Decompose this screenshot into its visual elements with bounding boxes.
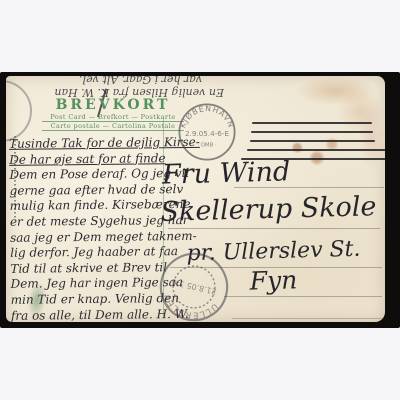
svg-text:KJØBENHAVN: KJØBENHAVN (178, 104, 236, 129)
note-line: var her i Gaar. Alt vel. (14, 76, 224, 86)
printed-header: BREVKORT Post Card — Brefkort — Postkart… (34, 98, 192, 131)
postcard-photo: En venlig Hilsen fra K. W. Han var her i… (0, 72, 400, 328)
postmark-copenhagen: KJØBENHAVN 2.9.05.4-6-E · OMB · (177, 102, 237, 162)
message-line: min Tid er knap. Venlig den (11, 291, 169, 308)
message-line: Tid til at skrive et Brev til (10, 260, 168, 277)
message-line: mulig kan finde. Kirsebærene (10, 198, 168, 215)
message-line: saa jeg er Dem meget taknem- (10, 229, 168, 246)
cancellation-bar (247, 149, 385, 151)
message-line: fra os alle, til Dem alle. H. W. (11, 307, 169, 322)
paper-stain (336, 90, 385, 134)
cancellation-bar (252, 122, 372, 124)
postmark-date-text: 2.9.05.4-6-E (185, 129, 229, 138)
message-line: Tusinde Tak for de dejlig Kirse- (9, 135, 167, 152)
address-underline (224, 296, 382, 297)
address-underline (168, 228, 380, 229)
handwritten-message: Tusinde Tak for de dejlig Kirse- De har … (9, 135, 169, 322)
postcard-back: En venlig Hilsen fra K. W. Han var her i… (6, 76, 385, 322)
message-line: Dem en Pose deraf. Og jeg vil (9, 166, 167, 183)
postmark-city-text: KJØBENHAVN (178, 104, 236, 129)
message-line: De har øje sat for at finde (9, 151, 167, 168)
paper-stain (358, 106, 385, 170)
cancellation-bar (251, 131, 373, 133)
message-line: Dem. Jeg har ingen Pige saa (10, 276, 168, 293)
card-type-subtitle-1: Post Card — Brefkort — Postkarte (34, 113, 192, 121)
postmark-row2-text: · OMB · (197, 142, 217, 148)
postmark-date-text: 21.8.05 3-6 (171, 277, 217, 296)
paper-stain (294, 76, 378, 106)
address-underline (232, 318, 382, 319)
address-street: Skellerup Skole (156, 191, 382, 228)
card-type-title: BREVKORT (34, 98, 192, 113)
cancellation-bar (250, 140, 375, 142)
message-line: lig derfor. Jeg haaber at faa (10, 244, 168, 261)
card-type-subtitle-2: Carte postale — Cartolina Postale (34, 122, 192, 130)
address-underline (234, 187, 384, 188)
rotated-handwritten-note: En venlig Hilsen fra K. W. Han var her i… (14, 76, 224, 99)
message-line: er det meste Sygehus jeg har (10, 213, 168, 230)
message-line: gerne gaa efter hvad de selv (10, 182, 168, 199)
